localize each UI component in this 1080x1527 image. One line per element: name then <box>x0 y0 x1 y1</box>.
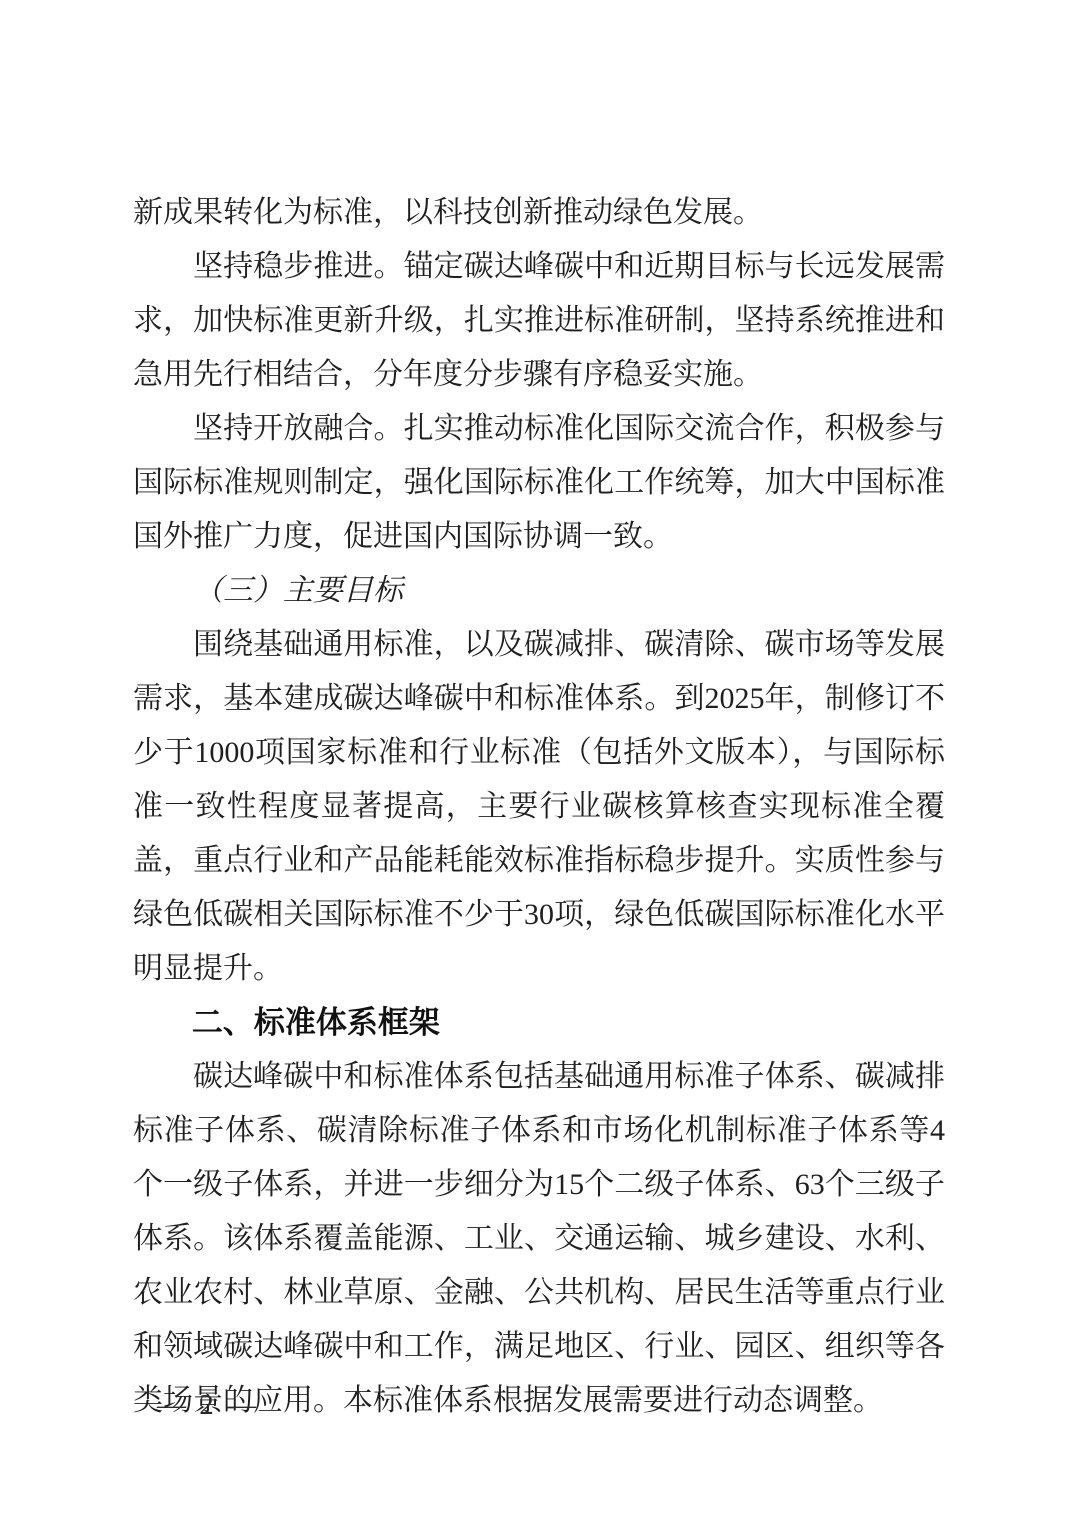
paragraph-steady-advance: 坚持稳步推进。锚定碳达峰碳中和近期目标与长远发展需求，加快标准更新升级，扎实推进… <box>133 240 945 402</box>
paragraph-open-integration: 坚持开放融合。扎实推动标准化国际交流合作，积极参与国际标准规则制定，强化国际标准… <box>133 402 945 564</box>
document-page: 新成果转化为标准，以科技创新推动绿色发展。 坚持稳步推进。锚定碳达峰碳中和近期目… <box>0 0 1080 1527</box>
chapter-heading-framework: 二、标准体系框架 <box>133 996 945 1050</box>
document-body: 新成果转化为标准，以科技创新推动绿色发展。 坚持稳步推进。锚定碳达峰碳中和近期目… <box>133 186 945 1428</box>
page-footer: — 2 — <box>157 1378 256 1432</box>
paragraph-framework: 碳达峰碳中和标准体系包括基础通用标准子体系、碳减排标准子体系、碳清除标准子体系和… <box>133 1050 945 1428</box>
paragraph-main-goals: 围绕基础通用标准，以及碳减排、碳清除、碳市场等发展需求，基本建成碳达峰碳中和标准… <box>133 618 945 996</box>
page-number: — 2 — <box>157 1389 256 1421</box>
paragraph-continuation: 新成果转化为标准，以科技创新推动绿色发展。 <box>133 186 945 240</box>
section-heading-main-goals: （三）主要目标 <box>133 564 945 618</box>
